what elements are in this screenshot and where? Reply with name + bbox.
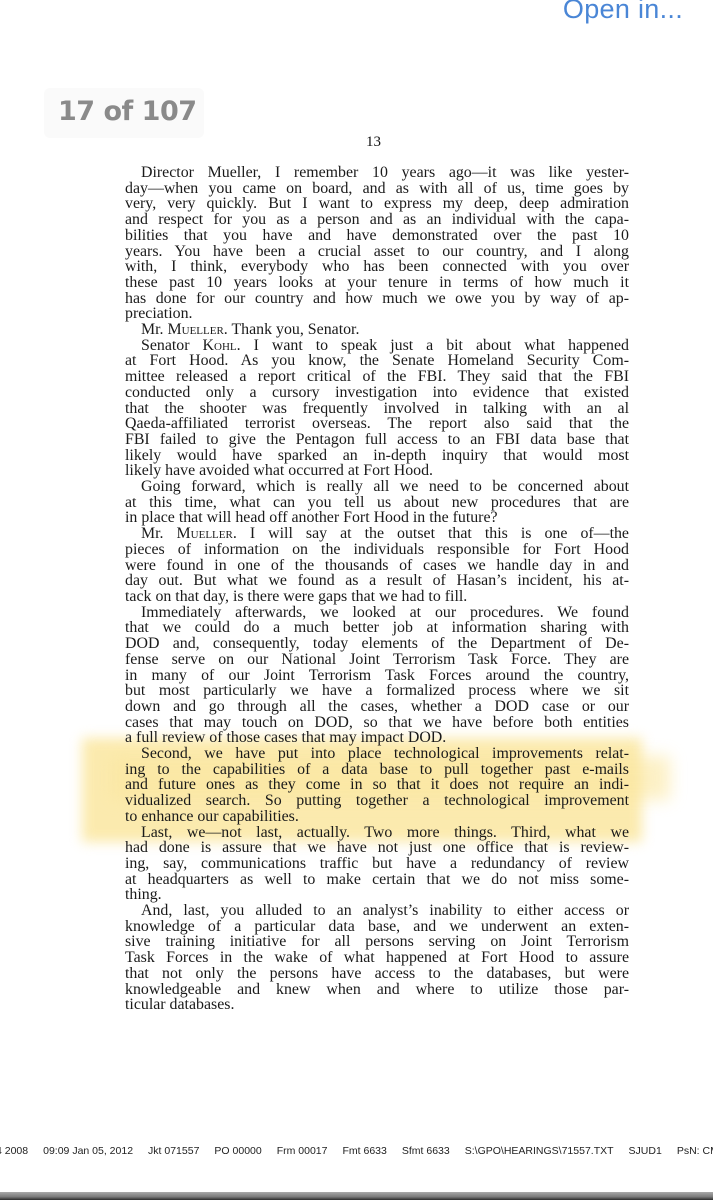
document-body: Director Mueller, I remember 10 years ag… — [125, 165, 629, 1013]
text-line: Senator Kohl. I want to speak just a bit… — [125, 338, 629, 354]
text-line: Immediately afterwards, we looked at our… — [125, 605, 629, 621]
text-line: Last, we—not last, actually. Two more th… — [125, 825, 629, 841]
text-line: very, very quickly. But I want to expres… — [125, 196, 629, 212]
text-line: Going forward, which is really all we ne… — [125, 479, 629, 495]
text-line: thing. — [125, 887, 629, 903]
text-line: Mr. Mueller. I will say at the outset th… — [125, 526, 629, 542]
text-line: likely have avoided what occurred at For… — [125, 463, 629, 479]
text-line: at this time, what can you tell us about… — [125, 495, 629, 511]
text-line: but most particularly we have a formaliz… — [125, 683, 629, 699]
text-line: day—when you came on board, and as with … — [125, 181, 629, 197]
text-line: bilities that you have and have demonstr… — [125, 228, 629, 244]
highlighted-paragraph: Second, we have put into place technolog… — [125, 746, 629, 825]
text-line: fense serve on our National Joint Terror… — [125, 652, 629, 668]
text-line: has done for our country and how much we… — [125, 291, 629, 307]
paragraph: Last, we—not last, actually. Two more th… — [125, 825, 629, 904]
text-line: a full review of those cases that may im… — [125, 730, 629, 746]
footer-item: PsN: CMORC — [677, 1145, 713, 1157]
paragraph: Mr. Mueller. I will say at the outset th… — [125, 526, 629, 605]
text-line: were found in one of the thousands of ca… — [125, 558, 629, 574]
open-in-button[interactable]: Open in... — [563, 0, 683, 25]
text-line: sive training initiative for all persons… — [125, 934, 629, 950]
footer-item: S:\GPO\HEARINGS\71557.TXT — [465, 1145, 614, 1157]
text-line: to enhance our capabilities. — [125, 809, 629, 825]
paragraph: Director Mueller, I remember 10 years ag… — [125, 165, 629, 322]
text-line: at headquarters as well to make certain … — [125, 872, 629, 888]
text-line: cases that may touch on DOD, so that we … — [125, 715, 629, 731]
text-line: tack on that day, is there were gaps tha… — [125, 589, 629, 605]
text-line: ing, say, communications traffic but hav… — [125, 856, 629, 872]
text-line: years. You have been a crucial asset to … — [125, 244, 629, 260]
footer-item: PO 00000 — [214, 1145, 261, 1157]
speaker-name: Mr. Mueller. — [141, 525, 237, 542]
text-line: FBI failed to give the Pentagon full acc… — [125, 432, 629, 448]
text-line: these past 10 years looks at your tenure… — [125, 275, 629, 291]
text-line: had done is assure that we have not just… — [125, 840, 629, 856]
paragraph: Senator Kohl. I want to speak just a bit… — [125, 338, 629, 479]
text-line: and respect for you as a person and as a… — [125, 212, 629, 228]
text-line: Task Forces in the wake of what happened… — [125, 950, 629, 966]
text-line: and future ones as they come in so that … — [125, 777, 629, 793]
text-line: knowledgeable and knew when and where to… — [125, 982, 629, 998]
footer-item: 09:09 Jan 05, 2012 — [43, 1145, 133, 1157]
text-line: down and go through all the cases, wheth… — [125, 699, 629, 715]
text-line: conducted only a cursory investigation i… — [125, 385, 629, 401]
text-line: that the shooter was frequently involved… — [125, 401, 629, 417]
paragraph: Mr. Mueller. Thank you, Senator. — [125, 322, 629, 338]
paragraph: Going forward, which is really all we ne… — [125, 479, 629, 526]
page-indicator-label: 17 of 107 — [58, 96, 197, 127]
text-line: vidualized search. So putting together a… — [125, 793, 629, 809]
text-line: And, last, you alluded to an analyst’s i… — [125, 903, 629, 919]
text-line: Second, we have put into place technolog… — [125, 746, 629, 762]
text-line: Mr. Mueller. Thank you, Senator. — [125, 322, 629, 338]
text-line: ticular databases. — [125, 997, 629, 1013]
text-line: that we could do a much better job at in… — [125, 620, 629, 636]
footer-item: Frm 00017 — [277, 1145, 328, 1157]
paragraph: Immediately afterwards, we looked at our… — [125, 605, 629, 746]
page-indicator: 17 of 107 — [44, 88, 204, 138]
document-footer-metadata: 4 200809:09 Jan 05, 2012Jkt 071557PO 000… — [0, 1145, 713, 1157]
footer-item: Fmt 6633 — [343, 1145, 387, 1157]
document-page-number: 13 — [366, 134, 381, 151]
text-line: DOD and, consequently, today elements of… — [125, 636, 629, 652]
text-line: preciation. — [125, 306, 629, 322]
speaker-name: Mr. Mueller. — [141, 321, 228, 338]
text-line: in many of our Joint Terrorism Task Forc… — [125, 668, 629, 684]
text-line: pieces of information on the individuals… — [125, 542, 629, 558]
text-line: likely would have sparked an in-depth in… — [125, 448, 629, 464]
speaker-name: Senator Kohl. — [141, 337, 241, 354]
footer-item: SJUD1 — [629, 1145, 662, 1157]
text-line: Qaeda-affiliated terrorist overseas. The… — [125, 416, 629, 432]
text-line: knowledge of a particular data base, and… — [125, 919, 629, 935]
text-line: in place that will head off another Fort… — [125, 510, 629, 526]
bottom-toolbar-edge — [0, 1192, 713, 1200]
footer-item: Jkt 071557 — [148, 1145, 199, 1157]
text-line: mittee released a report critical of the… — [125, 369, 629, 385]
text-line: that not only the persons have access to… — [125, 966, 629, 982]
text-line: ing to the capabilities of a data base t… — [125, 762, 629, 778]
text-line: with, I think, everybody who has been co… — [125, 259, 629, 275]
text-line: Director Mueller, I remember 10 years ag… — [125, 165, 629, 181]
footer-item: 4 2008 — [0, 1145, 28, 1157]
footer-item: Sfmt 6633 — [402, 1145, 450, 1157]
text-line: day out. But what we found as a result o… — [125, 573, 629, 589]
text-line: at Fort Hood. As you know, the Senate Ho… — [125, 353, 629, 369]
paragraph: And, last, you alluded to an analyst’s i… — [125, 903, 629, 1013]
